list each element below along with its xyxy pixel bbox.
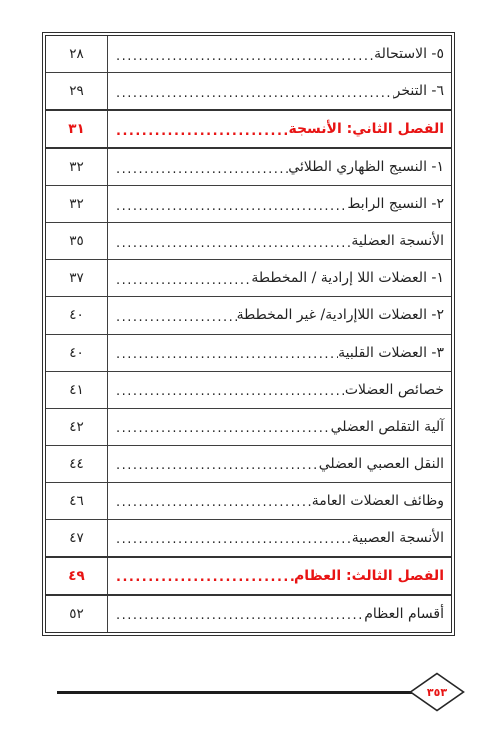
toc-page-number: ٤٠: [46, 297, 108, 333]
toc-entry: الأنسجة العصبية.........................…: [108, 520, 451, 556]
dot-leader: ........................................…: [116, 491, 312, 510]
toc-chapter-row: ٤٩الفصل الثالث: العظام..................…: [46, 556, 451, 596]
toc-entry: ٣- العضلات القلبية......................…: [108, 335, 451, 371]
toc-page-number: ٤٢: [46, 409, 108, 445]
toc-page-number: ٥٢: [46, 596, 108, 632]
toc-entry-title: الفصل الثالث: العظام: [294, 568, 444, 584]
toc-entry-title: الأنسجة العضلية: [351, 233, 444, 249]
toc-row: ٣٢٢- النسيج الرابط......................…: [46, 185, 451, 222]
footer-page-number: ٣٥٣: [409, 672, 465, 712]
toc-entry-title: أقسام العظام: [364, 606, 444, 622]
dot-leader: ........................................…: [116, 454, 319, 473]
toc-row: ٣٢١- النسيج الظهاري الطلائي.............…: [46, 149, 451, 185]
toc-row: ٢٩٦- التنخر.............................…: [46, 72, 451, 109]
toc-entry: آلية التقلص العضلي......................…: [108, 409, 451, 445]
footer-rule: [57, 691, 413, 694]
toc-entry-title: آلية التقلص العضلي: [331, 419, 444, 435]
toc-entry-title: وظائف العضلات العامة: [312, 493, 444, 509]
toc-entry-title: الفصل الثاني: الأنسجة: [288, 121, 444, 137]
toc-entry-title: ١- العضلات اللا إرادية / المخططة: [251, 270, 444, 286]
toc-entry: أقسام العظام............................…: [108, 596, 451, 632]
toc-entry-title: ٦- التنخر: [394, 83, 444, 99]
toc-table: ٢٨٥- الاستحالة..........................…: [42, 32, 455, 636]
toc-entry-title: ٢- العضلات اللاإرادية/ غير المخططة: [237, 307, 444, 323]
toc-chapter-row: ٣١الفصل الثاني: الأنسجة.................…: [46, 109, 451, 149]
toc-entry: ٥- الاستحالة............................…: [108, 36, 451, 72]
dot-leader: ........................................…: [116, 528, 352, 547]
toc-page-number: ٤٦: [46, 483, 108, 519]
toc-entry: ١- النسيج الظهاري الطلائي...............…: [108, 149, 451, 185]
toc-row: ٥٢أقسام العظام..........................…: [46, 596, 451, 632]
toc-row: ٤١خصائص العضلات.........................…: [46, 371, 451, 408]
dot-leader: ........................................…: [116, 343, 338, 362]
toc-row: ٤٠٣- العضلات القلبية....................…: [46, 334, 451, 371]
toc-row: ٤٦وظائف العضلات العامة..................…: [46, 482, 451, 519]
toc-row: ٣٥الأنسجة العضلية.......................…: [46, 222, 451, 259]
toc-entry: ٢- العضلات اللاإرادية/ غير المخططة......…: [108, 297, 451, 333]
dot-leader: ........................................…: [116, 195, 347, 214]
toc-page-number: ٤٠: [46, 335, 108, 371]
toc-page-number: ٣٥: [46, 223, 108, 259]
toc-entry: الفصل الثاني: الأنسجة...................…: [108, 111, 451, 147]
dot-leader: ........................................…: [116, 417, 331, 436]
toc-entry-title: ٥- الاستحالة: [374, 46, 444, 62]
toc-entry: وظائف العضلات العامة....................…: [108, 483, 451, 519]
toc-entry: خصائص العضلات...........................…: [108, 372, 451, 408]
toc-page-number: ٢٨: [46, 36, 108, 72]
toc-page-number: ٣٢: [46, 149, 108, 185]
toc-entry-title: خصائص العضلات: [345, 382, 444, 398]
toc-page-number: ٣٧: [46, 260, 108, 296]
toc-row: ٢٨٥- الاستحالة..........................…: [46, 36, 451, 72]
toc-page-number: ٤٩: [46, 558, 108, 594]
toc-page-number: ٤٧: [46, 520, 108, 556]
toc-entry: ٢- النسيج الرابط........................…: [108, 186, 451, 222]
toc-row: ٤٤النقل العصبي العضلي...................…: [46, 445, 451, 482]
dot-leader: ........................................…: [116, 232, 351, 251]
toc-page-number: ٤١: [46, 372, 108, 408]
toc-entry: ٦- التنخر...............................…: [108, 73, 451, 109]
toc-entry-title: ٢- النسيج الرابط: [347, 196, 444, 212]
dot-leader: ........................................…: [116, 306, 237, 325]
toc-page-number: ٣٢: [46, 186, 108, 222]
dot-leader: ........................................…: [116, 120, 288, 139]
page-number-diamond: ٣٥٣: [409, 672, 465, 712]
scanned-toc-page: ٢٨٥- الاستحالة..........................…: [0, 0, 500, 738]
dot-leader: ........................................…: [116, 158, 288, 177]
toc-entry-title: ١- النسيج الظهاري الطلائي: [288, 159, 444, 175]
toc-entry-title: النقل العصبي العضلي: [319, 456, 444, 472]
toc-page-number: ٢٩: [46, 73, 108, 109]
dot-leader: ........................................…: [116, 82, 394, 101]
toc-row: ٤٢آلية التقلص العضلي....................…: [46, 408, 451, 445]
toc-entry: ١- العضلات اللا إرادية / المخططة........…: [108, 260, 451, 296]
toc-entry-title: الأنسجة العصبية: [352, 530, 444, 546]
dot-leader: ........................................…: [116, 604, 364, 623]
dot-leader: ........................................…: [116, 566, 294, 585]
toc-entry: الأنسجة العضلية.........................…: [108, 223, 451, 259]
toc-page-number: ٤٤: [46, 446, 108, 482]
dot-leader: ........................................…: [116, 45, 374, 64]
toc-page-number: ٣١: [46, 111, 108, 147]
toc-row: ٤٠٢- العضلات اللاإرادية/ غير المخططة....…: [46, 296, 451, 333]
toc-row: ٣٧١- العضلات اللا إرادية / المخططة......…: [46, 259, 451, 296]
toc-row: ٤٧الأنسجة العصبية.......................…: [46, 519, 451, 556]
dot-leader: ........................................…: [116, 380, 345, 399]
toc-entry-title: ٣- العضلات القلبية: [338, 345, 444, 361]
dot-leader: ........................................…: [116, 269, 251, 288]
toc-entry: النقل العصبي العضلي.....................…: [108, 446, 451, 482]
toc-entry: الفصل الثالث: العظام....................…: [108, 558, 451, 594]
